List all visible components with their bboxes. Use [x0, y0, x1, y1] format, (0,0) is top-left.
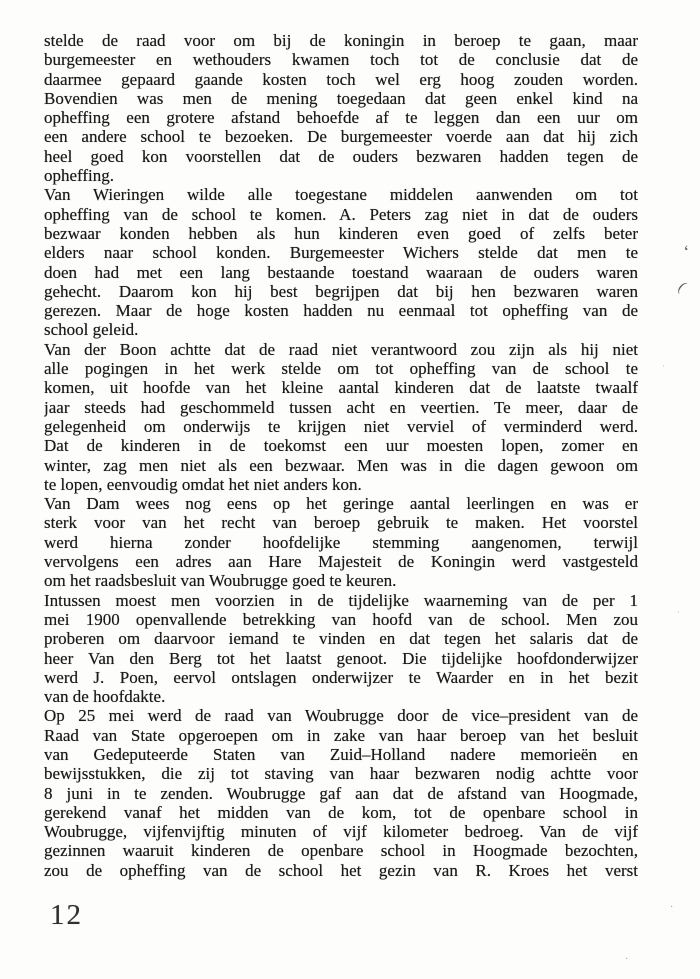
text-line: 8 juni in te zenden. Woubrugge gaf aan d… — [44, 784, 638, 803]
text-line: zou de opheffing van de school het gezin… — [44, 861, 638, 880]
text-line: gelegenheid om onderwijs te krijgen niet… — [44, 417, 638, 436]
text-line: werd J. Poen, eervol ontslagen onderwijz… — [44, 668, 638, 687]
scan-artifact: ( — [675, 280, 688, 295]
text-line: Op 25 mei werd de raad van Woubrugge doo… — [44, 706, 638, 725]
text-line: gerekend vanaf het midden van de kom, to… — [44, 803, 638, 822]
scan-artifact: · — [625, 955, 628, 965]
text-line: te lopen, eenvoudig omdat het niet ander… — [44, 475, 638, 494]
page-number: 12 — [50, 899, 83, 932]
text-line: vervolgens een adres aan Hare Majesteit … — [44, 552, 638, 571]
text-line: mei 1900 openvallende betrekking van hoo… — [44, 610, 638, 629]
text-line: Van Dam wees nog eens op het geringe aan… — [44, 494, 638, 513]
text-line: Van der Boon achtte dat de raad niet ver… — [44, 340, 638, 359]
scan-artifact: ʻ — [683, 243, 692, 261]
text-line: proberen om daarvoor iemand te vinden en… — [44, 629, 638, 648]
text-line: bewijsstukken, die zij tot staving van h… — [44, 764, 638, 783]
text-block: stelde de raad voor om bij de koningin i… — [44, 31, 638, 880]
text-line: een andere school te bezoeken. De burgem… — [44, 127, 638, 146]
text-line: opheffing van de school te komen. A. Pet… — [44, 205, 638, 224]
text-line: winter, zag men niet als een bezwaar. Me… — [44, 456, 638, 475]
text-line: opheffing. — [44, 166, 638, 185]
text-line: Raad van State opgeroepen om in zake van… — [44, 726, 638, 745]
text-line: jaar steeds had geschommeld tussen acht … — [44, 398, 638, 417]
text-line: daarmee gepaard gaande kosten toch wel e… — [44, 70, 638, 89]
text-line: gehecht. Daarom kon hij best begrijpen d… — [44, 282, 638, 301]
text-line: heer Van den Berg tot het laatst genoot.… — [44, 649, 638, 668]
text-line: burgemeester en wethouders kwamen toch t… — [44, 50, 638, 69]
text-line: Woubrugge, vijfenvijftig minuten of vijf… — [44, 822, 638, 841]
document-page: stelde de raad voor om bij de koningin i… — [0, 0, 700, 979]
text-line: opheffing een grotere afstand behoefde a… — [44, 108, 638, 127]
text-line: sterk voor van het recht van beroep gebr… — [44, 513, 638, 532]
text-line: heel goed kon voorstellen dat de ouders … — [44, 147, 638, 166]
text-line: doen had met een lang bestaande toestand… — [44, 263, 638, 282]
text-line: gerezen. Maar de hoge kosten hadden nu e… — [44, 301, 638, 320]
text-line: bezwaar konden hebben als hun kinderen e… — [44, 224, 638, 243]
text-line: van de hoofdakte. — [44, 687, 638, 706]
scan-artifact: · — [677, 608, 680, 617]
text-line: Intussen moest men voorzien in de tijdel… — [44, 591, 638, 610]
text-line: gezinnen waaruit kinderen de openbare sc… — [44, 841, 638, 860]
text-line: om het raadsbesluit van Woubrugge goed t… — [44, 571, 638, 590]
text-line: alle pogingen in het werk stelde om tot … — [44, 359, 638, 378]
text-line: stelde de raad voor om bij de koningin i… — [44, 31, 638, 50]
text-line: school geleid. — [44, 320, 638, 339]
scan-artifact: · — [662, 362, 665, 371]
text-line: werd hierna zonder hoofdelijke stemming … — [44, 533, 638, 552]
text-line: komen, uit hoofde van het kleine aantal … — [44, 378, 638, 397]
text-line: van Gedeputeerde Staten van Zuid–Holland… — [44, 745, 638, 764]
text-line: Dat de kinderen in de toekomst een uur m… — [44, 436, 638, 455]
text-line: Bovendien was men de mening toegedaan da… — [44, 89, 638, 108]
text-line: elders naar school konden. Burgemeester … — [44, 243, 638, 262]
text-line: Van Wieringen wilde alle toegestane midd… — [44, 185, 638, 204]
scan-artifact: · — [670, 903, 673, 913]
